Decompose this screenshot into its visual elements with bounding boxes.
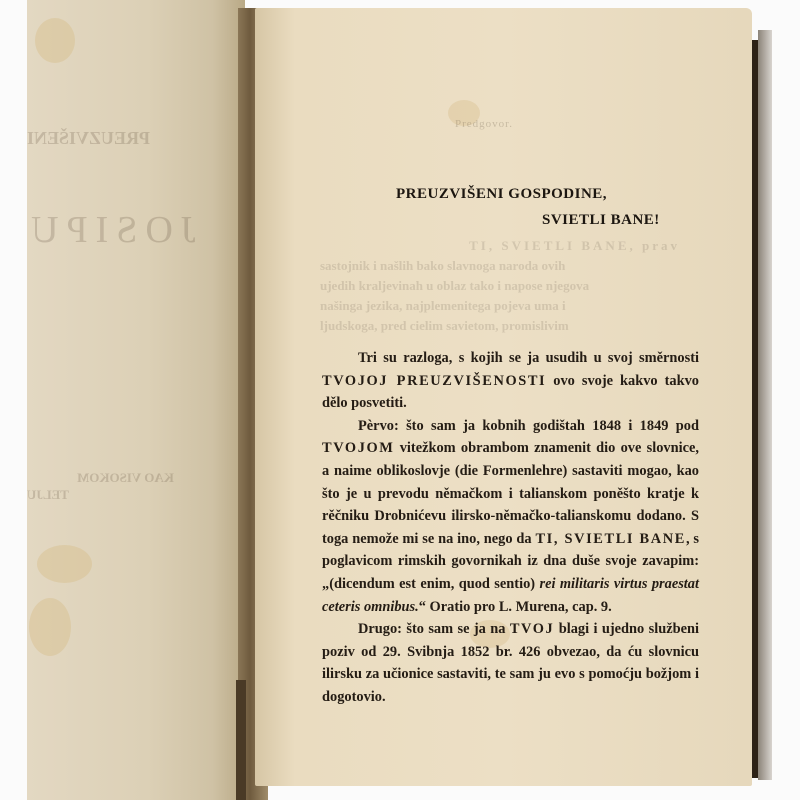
bleed-through-text: JOSIPU <box>27 208 196 252</box>
text-segment: Drugo: što sam se ja na <box>358 621 510 637</box>
show-through-text: TI, SVIETLI BANE, prav sastojnik i našli… <box>320 236 680 336</box>
torn-spine-edge <box>236 680 246 800</box>
water-stain <box>35 18 75 63</box>
water-stain <box>29 598 71 656</box>
bleed-through-text: PREUZVIŠENI <box>27 128 150 149</box>
paragraph-second-reason: Drugo: što sam se ja na TVOJ blagi i uje… <box>322 618 699 708</box>
paragraph-first-reason: Pèrvo: što sam ja kobnih godištah 1848 i… <box>322 415 699 618</box>
emphasized-address: TI, SVIETLI BANE <box>535 531 685 547</box>
dedication-body: Tri su razloga, s kojih se ja usudih u s… <box>322 347 699 709</box>
book-photo: PREUZVIŠENI JOSIPU KAO VISOKOM TELJU Pre… <box>0 0 800 800</box>
left-page: PREUZVIŠENI JOSIPU KAO VISOKOM TELJU <box>27 0 245 800</box>
salutation-line-2: SVIETLI BANE! <box>542 212 660 229</box>
paragraph-reasons-intro: Tri su razloga, s kojih se ja usudih u s… <box>322 347 699 415</box>
text-segment: Tri su razloga, s kojih se ja usudih u s… <box>358 350 699 366</box>
cover-shadow <box>758 30 772 780</box>
bleed-through-text: KAO VISOKOM <box>77 470 174 486</box>
running-head: Predgovor. <box>455 118 513 130</box>
water-stain <box>37 545 92 583</box>
emphasized-address: TVOJOJ PREUZVIŠENOSTI <box>322 373 546 389</box>
salutation-line-1: PREUZVIŠENI GOSPODINE, <box>396 186 607 203</box>
text-segment: Pèrvo: što sam ja kobnih godištah 1848 i… <box>358 418 699 434</box>
citation: “ Oratio pro L. Murena, cap. 9. <box>419 599 612 615</box>
emphasized-address: TVOJOM <box>322 440 394 456</box>
bleed-through-text: TELJU <box>27 487 69 503</box>
emphasized-address: TVOJ <box>510 621 555 637</box>
